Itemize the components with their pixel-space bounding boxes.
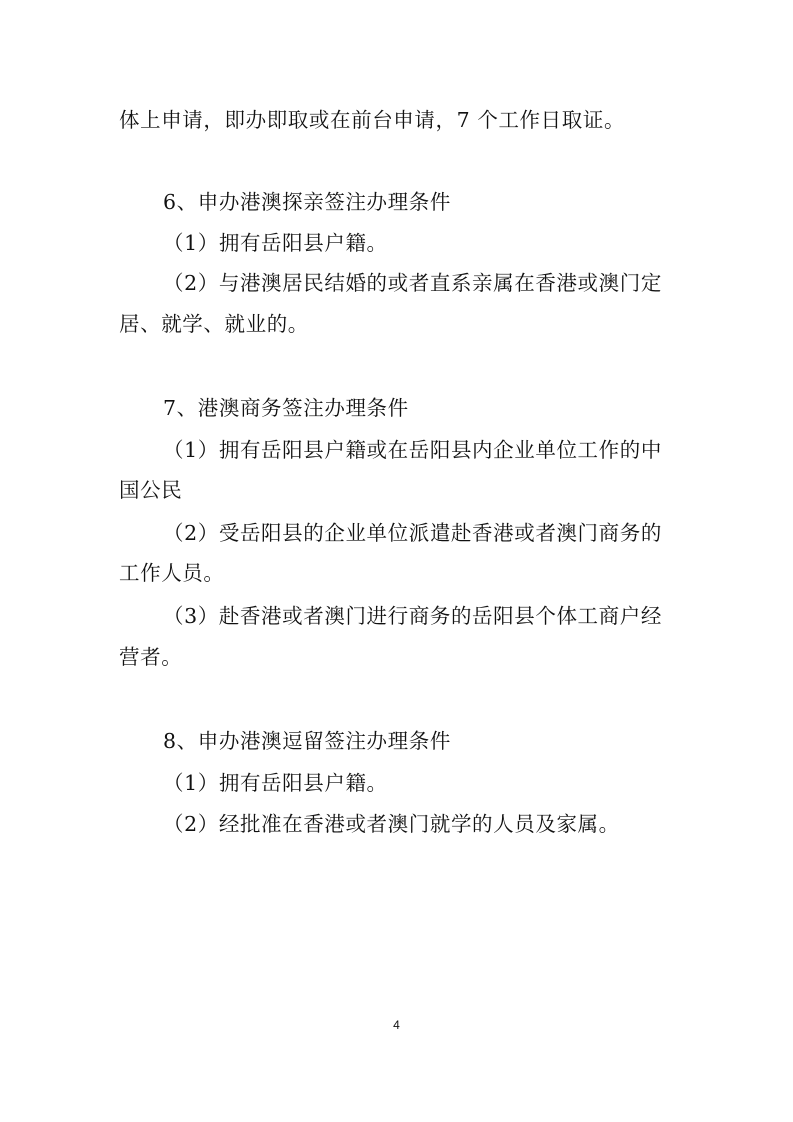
section-6-item-2-cont: 居、就学、就业的。 bbox=[119, 312, 309, 336]
section-7-item-2-cont: 工作人员。 bbox=[119, 561, 225, 585]
section-7-item-2: （2）受岳阳县的企业单位派遣赴香港或者澳门商务的 bbox=[163, 521, 662, 545]
section-7-item-3: （3）赴香港或者澳门进行商务的岳阳县个体工商户经 bbox=[163, 604, 662, 628]
section-6-heading: 6、申办港澳探亲签注办理条件 bbox=[163, 190, 451, 214]
section-7-item-3-cont: 营者。 bbox=[119, 645, 182, 669]
section-6-item-2: （2）与港澳居民结婚的或者直系亲属在香港或澳门定 bbox=[163, 271, 662, 295]
page-number: 4 bbox=[0, 1018, 793, 1032]
section-8-item-2: （2）经批准在香港或者澳门就学的人员及家属。 bbox=[163, 812, 620, 836]
section-6-item-1: （1）拥有岳阳县户籍。 bbox=[163, 231, 388, 255]
continuation-text: 体上申请，即办即取或在前台申请，7 个工作日取证。 bbox=[119, 108, 625, 132]
section-8-item-1: （1）拥有岳阳县户籍。 bbox=[163, 771, 388, 795]
section-7-heading: 7、港澳商务签注办理条件 bbox=[163, 396, 409, 420]
section-7-item-1-cont: 国公民 bbox=[119, 478, 182, 502]
section-7-item-1: （1）拥有岳阳县户籍或在岳阳县内企业单位工作的中 bbox=[163, 438, 662, 462]
section-8-heading: 8、申办港澳逗留签注办理条件 bbox=[163, 729, 451, 753]
